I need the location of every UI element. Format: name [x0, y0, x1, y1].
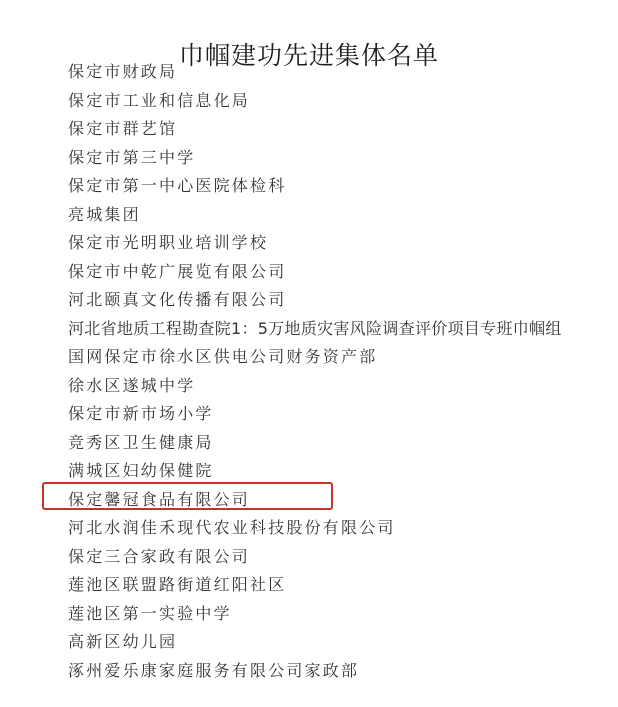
list-item: 保定市新市场小学: [68, 400, 562, 429]
list-item: 保定市中乾广展览有限公司: [68, 258, 562, 287]
list-item: 竞秀区卫生健康局: [68, 429, 562, 458]
list-item: 满城区妇幼保健院: [68, 457, 562, 486]
list-item: 保定市群艺馆: [68, 115, 562, 144]
list-item: 保定市第一中心医院体检科: [68, 172, 562, 201]
collective-name-list: 保定市财政局 保定市工业和信息化局 保定市群艺馆 保定市第三中学 保定市第一中心…: [68, 58, 562, 685]
list-item: 亮城集团: [68, 201, 562, 230]
list-item: 莲池区第一实验中学: [68, 600, 562, 629]
list-item: 莲池区联盟路街道红阳社区: [68, 571, 562, 600]
list-item: 徐水区遂城中学: [68, 372, 562, 401]
list-item: 保定市财政局: [68, 58, 562, 87]
list-item: 涿州爱乐康家庭服务有限公司家政部: [68, 657, 562, 686]
list-item: 河北水润佳禾现代农业科技股份有限公司: [68, 514, 562, 543]
highlighted-list-item: 保定馨冠食品有限公司: [68, 486, 562, 515]
list-item: 保定市工业和信息化局: [68, 87, 562, 116]
list-item: 保定三合家政有限公司: [68, 543, 562, 572]
list-item: 国网保定市徐水区供电公司财务资产部: [68, 343, 562, 372]
list-item: 保定市第三中学: [68, 144, 562, 173]
list-item: 保定市光明职业培训学校: [68, 229, 562, 258]
list-item: 高新区幼儿园: [68, 628, 562, 657]
list-item: 河北颐真文化传播有限公司: [68, 286, 562, 315]
list-item: 河北省地质工程勘查院1：5万地质灾害风险调查评价项目专班巾帼组: [68, 315, 562, 344]
